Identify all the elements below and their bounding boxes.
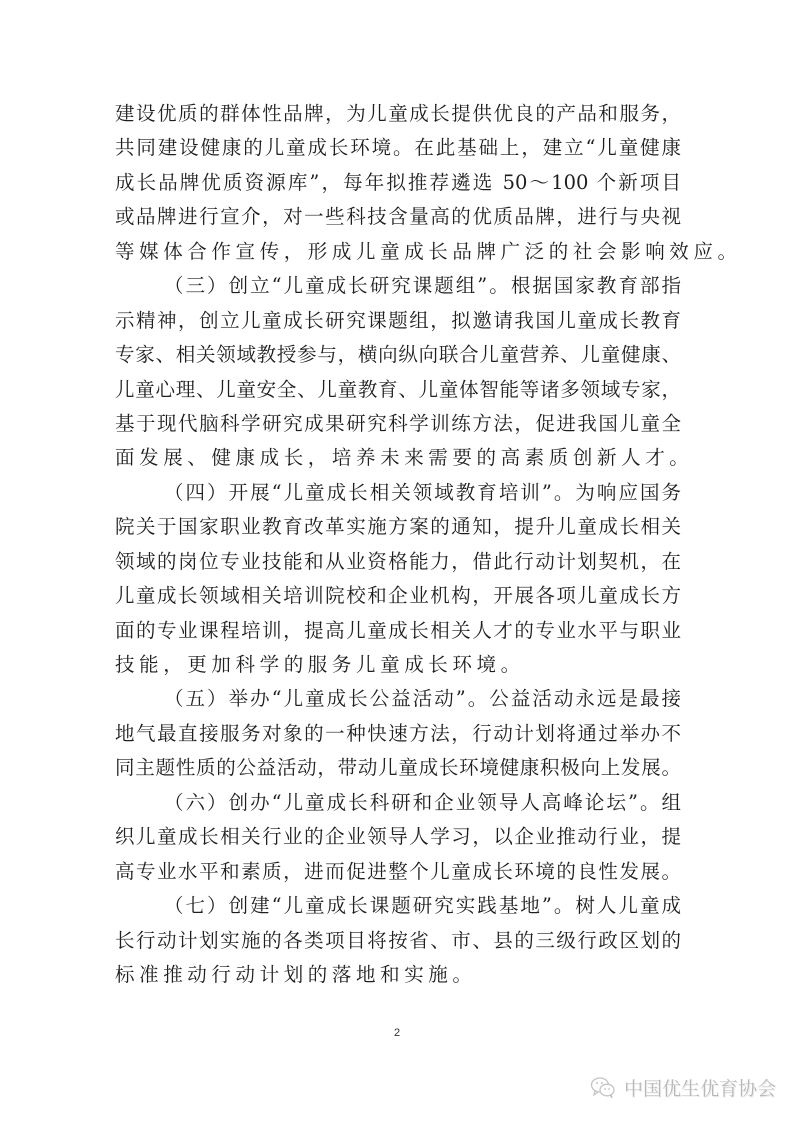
text-line: 领域的岗位专业技能和从业资格能力，借此行动计划契机，在 xyxy=(115,545,681,579)
watermark-text: 中国优生优育协会 xyxy=(624,1074,776,1101)
text-line: 建设优质的群体性品牌，为儿童成长提供优良的产品和服务， xyxy=(115,97,681,131)
text-line: （三）创立“儿童成长研究课题组”。根据国家教育部指 xyxy=(115,269,681,303)
text-line: 儿童心理、儿童安全、儿童教育、儿童体智能等诸多领域专家， xyxy=(115,373,681,407)
text-line: 示精神，创立儿童成长研究课题组，拟邀请我国儿童成长教育 xyxy=(115,304,681,338)
text-line: 同主题性质的公益活动，带动儿童成长环境健康积极向上发展。 xyxy=(115,751,681,785)
text-line: 儿童成长领域相关培训院校和企业机构，开展各项儿童成长方 xyxy=(115,579,681,613)
text-line: （七）创建“儿童成长课题研究实践基地”。树人儿童成 xyxy=(115,889,681,923)
text-line: 基于现代脑科学研究成果研究科学训练方法，促进我国儿童全 xyxy=(115,407,681,441)
text-line: 地气最直接服务对象的一种快速方法，行动计划将通过举办不 xyxy=(115,717,681,751)
text-line: 标准推动行动计划的落地和实施。 xyxy=(115,958,681,992)
text-line: 或品牌进行宣介，对一些科技含量高的优质品牌，进行与央视 xyxy=(115,200,681,234)
text-line: （六）创办“儿童成长科研和企业领导人高峰论坛”。组 xyxy=(115,786,681,820)
document-page: 建设优质的群体性品牌，为儿童成长提供优良的产品和服务，共同建设健康的儿童成长环境… xyxy=(0,0,794,1123)
page-number: 2 xyxy=(390,1027,404,1039)
wechat-watermark: 中国优生优育协会 xyxy=(590,1072,776,1102)
text-line: 长行动计划实施的各类项目将按省、市、县的三级行政区划的 xyxy=(115,924,681,958)
text-line: （四）开展“儿童成长相关领域教育培训”。为响应国务 xyxy=(115,476,681,510)
text-line: 成长品牌优质资源库”，每年拟推荐遴选 50～100 个新项目 xyxy=(115,166,681,200)
text-line: 织儿童成长相关行业的企业领导人学习，以企业推动行业，提 xyxy=(115,820,681,854)
text-line: 院关于国家职业教育改革实施方案的通知，提升儿童成长相关 xyxy=(115,510,681,544)
text-line: 共同建设健康的儿童成长环境。在此基础上，建立“儿童健康 xyxy=(115,131,681,165)
document-body: 建设优质的群体性品牌，为儿童成长提供优良的产品和服务，共同建设健康的儿童成长环境… xyxy=(115,97,681,992)
text-line: 专家、相关领域教授参与，横向纵向联合儿童营养、儿童健康、 xyxy=(115,338,681,372)
text-line: （五）举办“儿童成长公益活动”。公益活动永远是最接 xyxy=(115,682,681,716)
text-line: 高专业水平和素质，进而促进整个儿童成长环境的良性发展。 xyxy=(115,855,681,889)
text-line: 面发展、健康成长，培养未来需要的高素质创新人才。 xyxy=(115,441,681,475)
text-line: 面的专业课程培训，提高儿童成长相关人才的专业水平与职业 xyxy=(115,614,681,648)
wechat-icon xyxy=(590,1075,616,1099)
text-line: 技能，更加科学的服务儿童成长环境。 xyxy=(115,648,681,682)
text-line: 等媒体合作宣传，形成儿童成长品牌广泛的社会影响效应。 xyxy=(115,235,681,269)
